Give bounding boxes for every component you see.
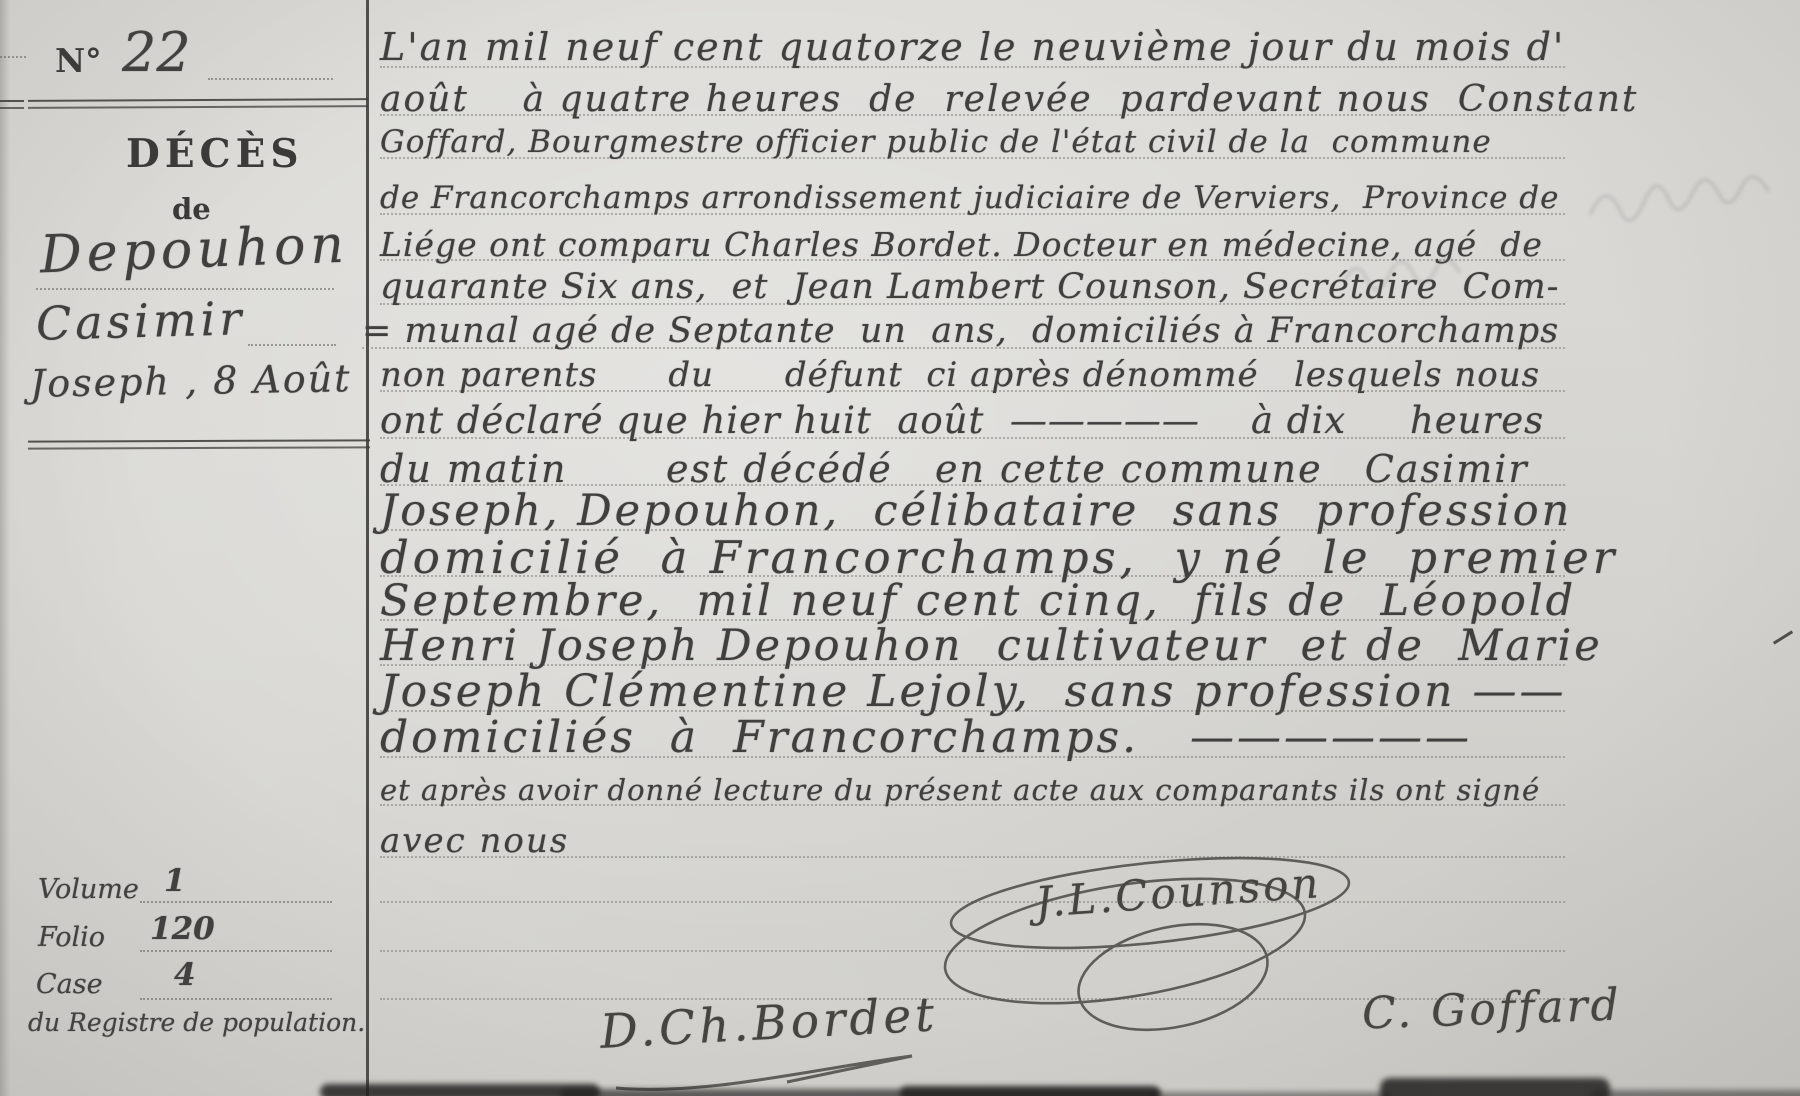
bleed-through-mark [1340,248,1470,298]
act-text-line: domicilié à Francorchamps, y né le premi… [380,535,1565,577]
act-text-line: = munal agé de Septante un ans, domicili… [362,314,1565,349]
column-divider-line [366,0,369,1096]
death-record-page: N° 22 DÉCÈS de Depouhon Casimir Joseph ,… [0,0,1800,1096]
act-text-line: Joseph, Depouhon, célibataire sans profe… [380,490,1565,531]
act-number-label: N° [55,44,102,77]
act-text-line: Henri Joseph Depouhon cultivateur et de … [380,625,1565,666]
deceased-secondname-date: Joseph , 8 Août [30,359,352,403]
volume-label: Volume [38,876,139,903]
ruled-line [140,950,332,952]
act-text-line: du matin est décédé en cette commune Cas… [380,450,1565,486]
bleed-through-mark [1585,160,1785,240]
folio-value: 120 [150,914,215,945]
edge-mark [0,100,24,109]
edge-mark [0,56,26,58]
double-rule [28,439,370,449]
case-label: Case [36,971,103,998]
register-note: du Registre de population. [28,1010,365,1035]
act-text-line: domiciliés à Francorchamps. —————— [380,716,1565,758]
volume-value: 1 [164,866,186,897]
margin-title: DÉCÈS [126,135,303,174]
ruled-line [248,344,336,346]
act-text-line: Goffard, Bourgmestre officier public de … [380,127,1565,159]
goffard-signature: C. Goffard [1361,983,1622,1036]
pen-tick-mark [1773,630,1793,644]
case-value: 4 [174,960,196,991]
act-text-line: Joseph Clémentine Lejoly, sans professio… [380,670,1565,712]
act-text-line: de Francorchamps arrondissement judiciai… [380,183,1565,215]
deceased-firstname: Casimir [35,295,245,346]
act-text-line: L'an mil neuf cent quatorze le neuvième … [380,28,1565,68]
ruled-line [208,78,333,80]
scan-left-edge-shadow [0,0,10,1096]
ruled-line [36,288,334,290]
bordet-signature: D.Ch.Bordet [599,991,939,1056]
act-number-value: 22 [122,26,191,80]
ruled-line [140,901,332,903]
deceased-surname: Depouhon [39,219,349,282]
folio-label: Folio [38,924,105,951]
act-text-line: Septembre, mil neuf cent cinq, fils de L… [380,580,1565,621]
ruled-line [140,998,332,1000]
act-text-line: non parents du défunt ci après dénommé l… [380,358,1565,392]
double-rule [28,98,368,109]
act-text-line: août à quatre heures de relevée pardevan… [380,82,1565,116]
act-text-line: ont déclaré que hier huit août ————— à d… [380,402,1565,439]
act-text-line: et après avoir donné lecture du présent … [380,776,1565,806]
